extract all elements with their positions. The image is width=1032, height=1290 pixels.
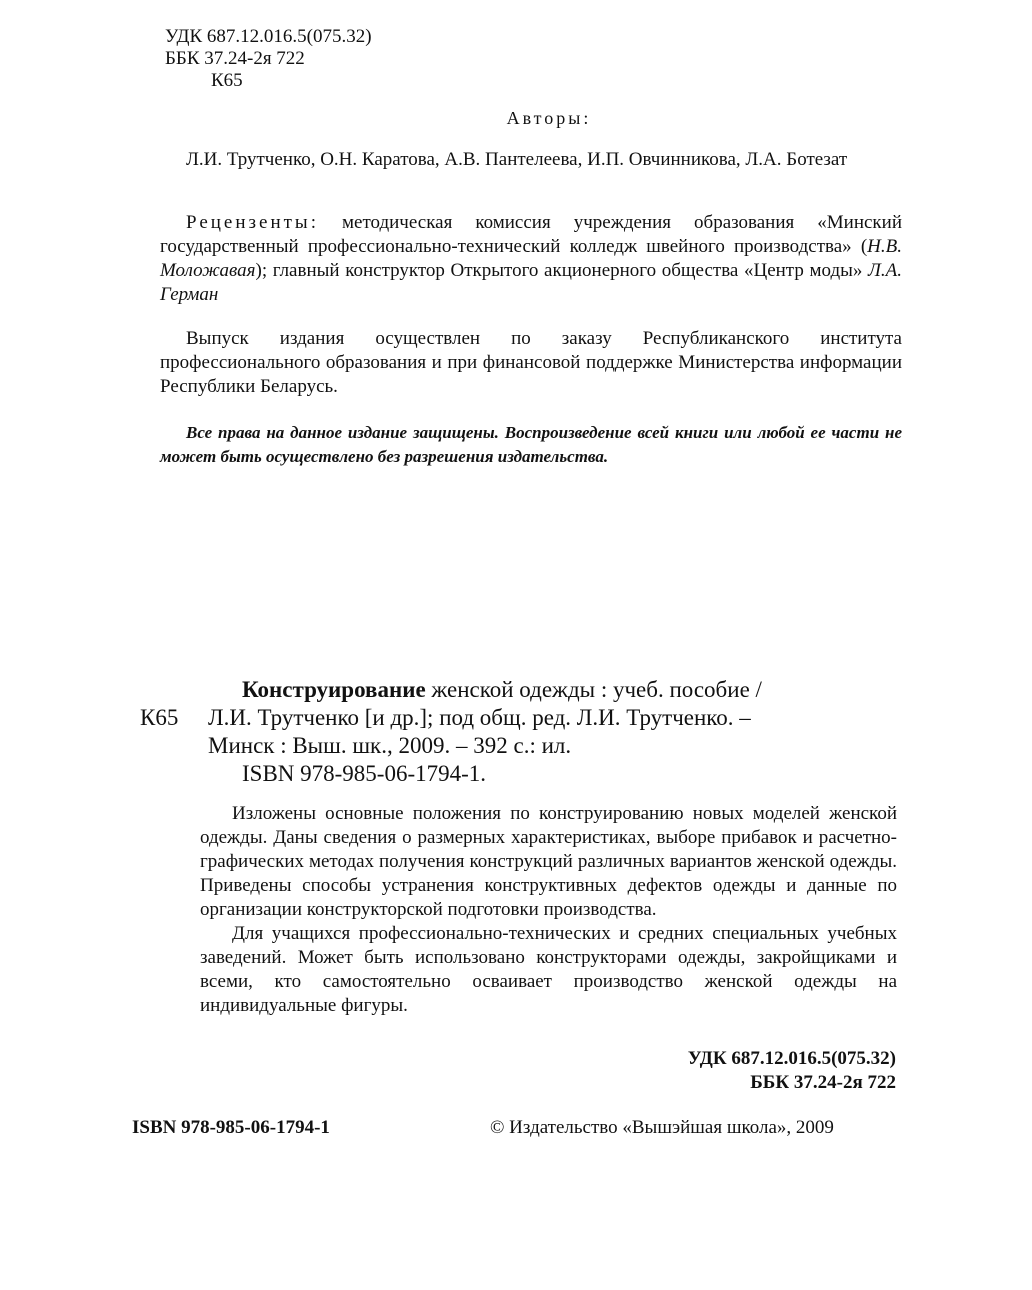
authors-heading: Авторы: bbox=[0, 108, 1032, 129]
book-title: Конструирование bbox=[242, 677, 426, 702]
funding-note: Выпуск издания осуществлен по заказу Рес… bbox=[160, 327, 902, 399]
classification-header: УДК 687.12.016.5(075.32) ББК 37.24-2я 72… bbox=[165, 26, 372, 92]
biblio-line-1: Конструирование женской одежды : учеб. п… bbox=[140, 676, 905, 704]
bbk-code: ББК 37.24-2я 722 bbox=[165, 48, 372, 70]
author-mark: К65 bbox=[165, 70, 372, 92]
biblio-line-2-text: Л.И. Трутченко [и др.]; под общ. ред. Л.… bbox=[208, 705, 751, 730]
abstract-paragraph-1: Изложены основные положения по конструир… bbox=[200, 802, 897, 922]
copyright-notice: © Издательство «Вышэйшая школа», 2009 bbox=[490, 1117, 834, 1139]
reviewers-text-2: ); главный конструктор Открытого акционе… bbox=[256, 260, 869, 281]
biblio-line-3: Минск : Выш. шк., 2009. – 392 с.: ил. bbox=[140, 732, 905, 760]
book-imprint-page: УДК 687.12.016.5(075.32) ББК 37.24-2я 72… bbox=[0, 0, 1032, 1290]
bibliographic-record: Конструирование женской одежды : учеб. п… bbox=[140, 676, 905, 788]
biblio-author-mark: К65 bbox=[140, 704, 178, 732]
biblio-isbn: ISBN 978-985-06-1794-1. bbox=[140, 760, 905, 788]
udk-code: УДК 687.12.016.5(075.32) bbox=[165, 26, 372, 48]
biblio-line-2: К65Л.И. Трутченко [и др.]; под общ. ред.… bbox=[140, 704, 905, 732]
reviewers-label: Рецензенты: bbox=[186, 212, 319, 233]
footer-bbk: ББК 37.24-2я 722 bbox=[688, 1071, 896, 1095]
abstract-paragraph-2: Для учащихся профессионально-технических… bbox=[200, 922, 897, 1018]
reviewers-paragraph: Рецензенты: методическая комиссия учрежд… bbox=[160, 211, 902, 307]
rights-notice: Все права на данное издание защищены. Во… bbox=[160, 421, 902, 469]
footer-isbn: ISBN 978-985-06-1794-1 bbox=[132, 1117, 330, 1139]
classification-footer: УДК 687.12.016.5(075.32) ББК 37.24-2я 72… bbox=[688, 1047, 896, 1095]
abstract: Изложены основные положения по конструир… bbox=[200, 802, 897, 1018]
authors-list: Л.И. Трутченко, О.Н. Каратова, А.В. Пант… bbox=[160, 148, 902, 172]
footer-udk: УДК 687.12.016.5(075.32) bbox=[688, 1047, 896, 1071]
biblio-line-1-rest: женской одежды : учеб. пособие / bbox=[426, 677, 762, 702]
